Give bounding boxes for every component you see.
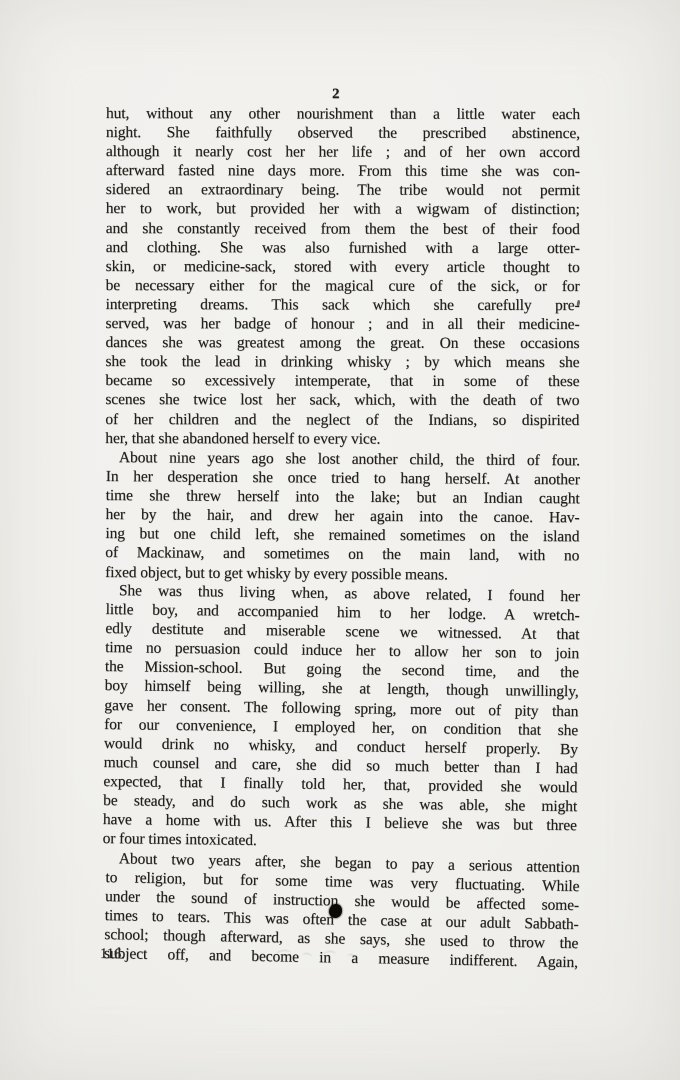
paragraph: hut, without any other nourishment than …	[105, 104, 580, 449]
text-line: skin, or medicine-sack, stored with ever…	[106, 257, 580, 277]
showthrough-artifact	[276, 950, 406, 964]
text-line: and she constantly received from them th…	[106, 219, 580, 239]
ink-blot-artifact	[329, 904, 342, 918]
text-block: hut, without any other nourishment than …	[106, 104, 580, 963]
showthrough-mark	[301, 952, 312, 961]
text-line: dances she was greatest among the great.…	[105, 333, 579, 353]
text-line: became so excessively intemperate, that …	[105, 371, 579, 391]
text-line: her to work, but provided her with a wig…	[106, 199, 580, 219]
showthrough-mark	[323, 951, 337, 960]
text-line: she took the lead in drinking whisky ; b…	[105, 352, 579, 372]
text-line: afterward fasted nine days more. From th…	[106, 161, 580, 181]
text-line: interpreting dreams. This sack which she…	[106, 295, 580, 315]
text-line: served, was her badge of honour ; and in…	[106, 314, 580, 334]
text-line: sidered an extraordinary being. The trib…	[106, 180, 580, 200]
text-line: of her children and the neglect of the I…	[105, 409, 579, 429]
text-line: her, that she abandoned herself to every…	[105, 429, 579, 449]
text-line: of Mackinaw, and sometimes on the main l…	[105, 543, 579, 565]
paragraph: About nine years ago she lost another ch…	[105, 448, 580, 585]
text-line: although it nearly cost her her life ; a…	[106, 142, 580, 162]
signature-mark: 116.	[100, 946, 125, 963]
text-line: night. She faithfully observed the presc…	[106, 123, 580, 143]
showthrough-mark	[346, 953, 355, 962]
text-line: be necessary either for the magical cure…	[106, 276, 580, 296]
text-line: hut, without any other nourishment than …	[106, 104, 580, 124]
page-number: 2	[332, 86, 340, 103]
text-line: and clothing. She was also furnished wit…	[106, 238, 580, 258]
text-line: scenes she twice lost her sack, which, w…	[105, 390, 579, 410]
paragraph: She was thus living when, as above relat…	[103, 581, 580, 854]
showthrough-mark	[276, 949, 292, 959]
scanned-page: 2 hut, without any other nourishment tha…	[0, 0, 680, 1080]
